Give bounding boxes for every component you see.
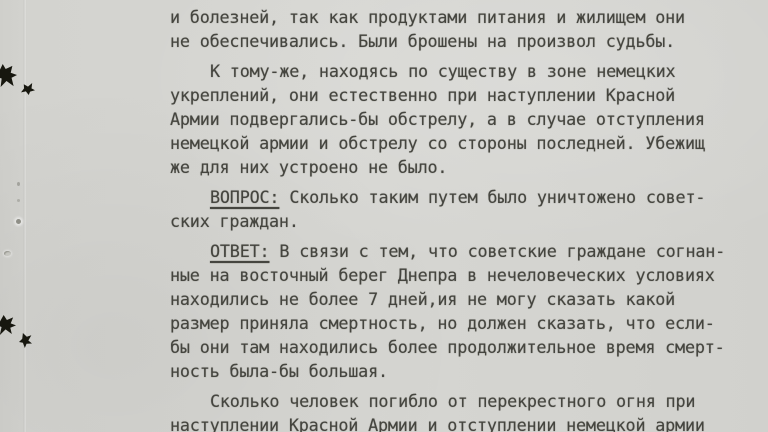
text-line: и болезней, так как продуктами питания и… [170, 5, 768, 29]
text-line: ные на восточный берег Днепра в нечелове… [170, 263, 768, 287]
answer-text: В связи с тем, что советские граждане со… [279, 241, 725, 261]
text-line: размер приняла смертность, но должен ска… [170, 311, 768, 335]
paragraph-body-2: Сколько человек погибло от перекрестного… [170, 389, 768, 432]
text-line: ОТВЕТ:В связи с тем, что советские гражд… [210, 239, 768, 263]
question-label: ВОПРОС: [210, 187, 279, 207]
paper-speck [16, 219, 21, 224]
text-line: бы они там находились более продолжитель… [170, 335, 768, 359]
text-line: Армии подвергались-бы обстрелу, а в случ… [170, 107, 768, 131]
answer-label: ОТВЕТ: [210, 241, 269, 261]
text-line: К тому-же, находясь по существу в зоне н… [210, 59, 768, 83]
paragraph-answer: ОТВЕТ:В связи с тем, что советские гражд… [170, 239, 768, 383]
text-line: не обеспечивались. Были брошены на произ… [170, 29, 768, 53]
ink-blot [0, 64, 17, 87]
fold-crease [23, 0, 26, 432]
text-line: ских граждан. [170, 209, 768, 233]
paper-speck [4, 251, 11, 256]
text-line: ность была-бы большая. [170, 359, 768, 383]
ink-blot [0, 315, 16, 335]
scanned-document-page: и болезней, так как продуктами питания и… [0, 0, 768, 432]
text-line: ВОПРОС:Сколько таким путем было уничтоже… [210, 185, 768, 209]
typewritten-text-block: и болезней, так как продуктами питания и… [170, 5, 768, 432]
text-line: находились не более 7 дней,ия не могу ск… [170, 287, 768, 311]
text-line: немецкой армии и обстрелу со стороны пос… [170, 131, 768, 155]
text-line: наступлении Красной Армии и отступлении … [170, 413, 768, 432]
text-line: же для них устроено не было. [170, 155, 768, 179]
paper-speck [17, 182, 20, 186]
paragraph-body: К тому-же, находясь по существу в зоне н… [170, 59, 768, 179]
text-line: Сколько человек погибло от перекрестного… [210, 389, 768, 413]
paragraph-question: ВОПРОС:Сколько таким путем было уничтоже… [170, 185, 768, 233]
paragraph-continuation: и болезней, так как продуктами питания и… [170, 5, 768, 53]
paper-speck [17, 199, 20, 202]
text-line: укреплений, они естественно при наступле… [170, 83, 768, 107]
question-text: Сколько таким путем было уничтожено сове… [289, 187, 705, 207]
